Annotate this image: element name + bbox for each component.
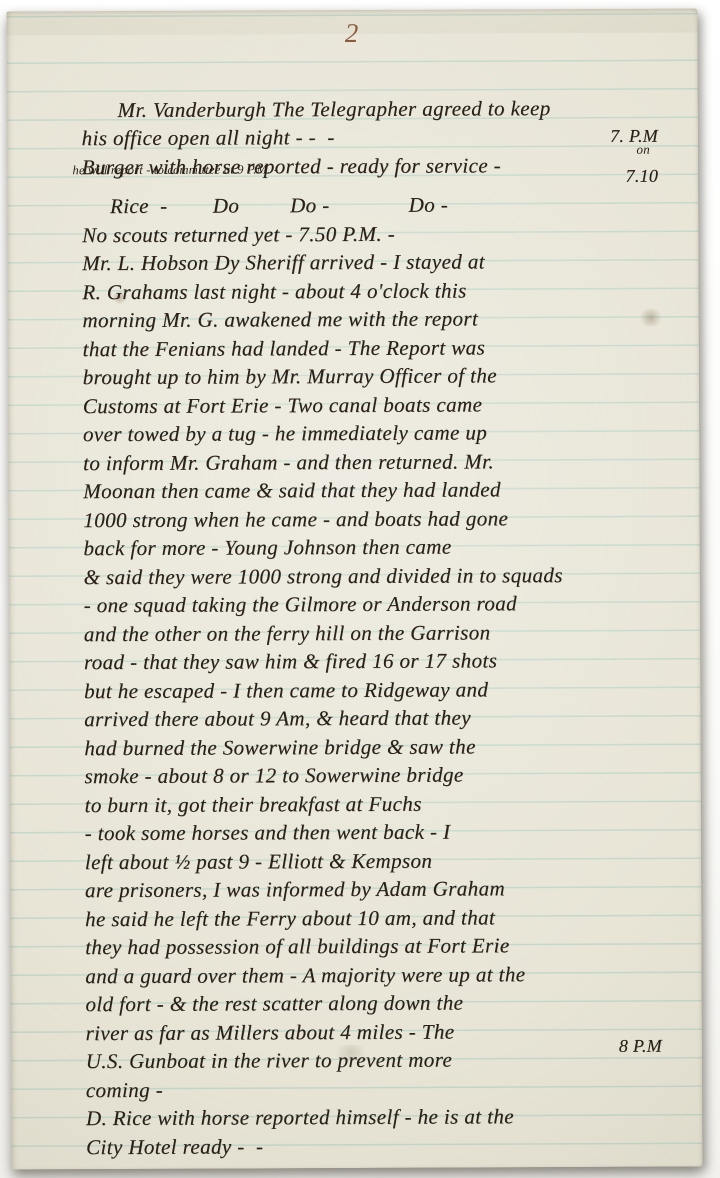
manuscript-line: smoke - about 8 or 12 to Sowerwine bridg… [62,731,667,762]
manuscript-line: D. Rice with horse reported himself - he… [63,1073,668,1104]
manuscript-line: & said they were 1000 strong and divided… [61,532,666,563]
manuscript-line: that the Fenians had landed - The Report… [60,304,665,335]
manuscript-line: Rice - Do Do - Do - 7.10 [59,161,664,192]
manuscript-line: Customs at Fort Erie - Two canal boats c… [60,361,665,392]
manuscript-line: - took some horses and then went back - … [62,788,667,819]
manuscript-line: road - that they saw him & fired 16 or 1… [61,617,666,648]
line-time-annotation: 8 P.M [619,1032,662,1061]
manuscript-line: Mr. L. Hobson Dy Sheriff arrived - I sta… [59,218,664,249]
manuscript-line: No scouts returned yet - 7.50 P.M. - [59,190,664,221]
manuscript-line: left about ½ past 9 - Elliott & Kempson [62,817,667,848]
manuscript-line: R. Grahams last night - about 4 o'clock … [60,247,665,278]
manuscript-line: and the other on the ferry hill on the G… [61,589,666,620]
manuscript-line: Moonan then came & said that they had la… [60,446,665,477]
manuscript-line: Mr. Vanderburgh The Telegrapher agreed t… [59,65,664,96]
manuscript-line: are prisoners, I was informed by Adam Gr… [62,845,667,876]
manuscript-line: old fort - & the rest scatter along down… [63,959,668,990]
manuscript-line: back for more - Young Johnson then came [61,503,666,534]
manuscript-line: over towed by a tug - he immediately cam… [60,389,665,420]
manuscript-line: coming - 8 P.M [63,1045,668,1076]
manuscript-line: - one squad taking the Gilmore or Anders… [61,560,666,591]
line-time-annotation: on [636,141,650,156]
manuscript-line: and a guard over them - A majority were … [62,931,667,962]
manuscript-line: morning Mr. G. awakened me with the repo… [60,275,665,306]
manuscript-line: City Hotel ready - - [63,1102,668,1133]
manuscript-line: brought up to him by Mr. Murray Officer … [60,332,665,363]
manuscript-line: but he escaped - I then came to Ridgeway… [61,646,666,677]
manuscript-line: to inform Mr. Graham - and then returned… [60,418,665,449]
manuscript-line: arrived there about 9 Am, & heard that t… [61,674,666,705]
manuscript-line: 1000 strong when he came - and boats had… [61,475,666,506]
scan-background: 2 Mr. Vanderburgh The Telegrapher agreed… [0,0,720,1178]
manuscript-body: Mr. Vanderburgh The Telegrapher agreed t… [6,8,702,1169]
manuscript-page: 2 Mr. Vanderburgh The Telegrapher agreed… [6,8,702,1169]
manuscript-line: had burned the Sowerwine bridge & saw th… [62,703,667,734]
manuscript-line: to burn it, got their breakfast at Fuchs [62,760,667,791]
manuscript-line: U.S. Gunboat in the river to prevent mor… [63,1016,668,1047]
line-time-annotation: 7.10 [625,161,658,190]
line-text: City Hotel ready - - [86,1134,263,1159]
manuscript-line: river as far as Millers about 4 miles - … [63,988,668,1019]
manuscript-line: his office open all night - - - [59,93,664,124]
manuscript-line: they had possession of all buildings at … [62,902,667,933]
manuscript-line: he said he left the Ferry about 10 am, a… [62,874,667,905]
